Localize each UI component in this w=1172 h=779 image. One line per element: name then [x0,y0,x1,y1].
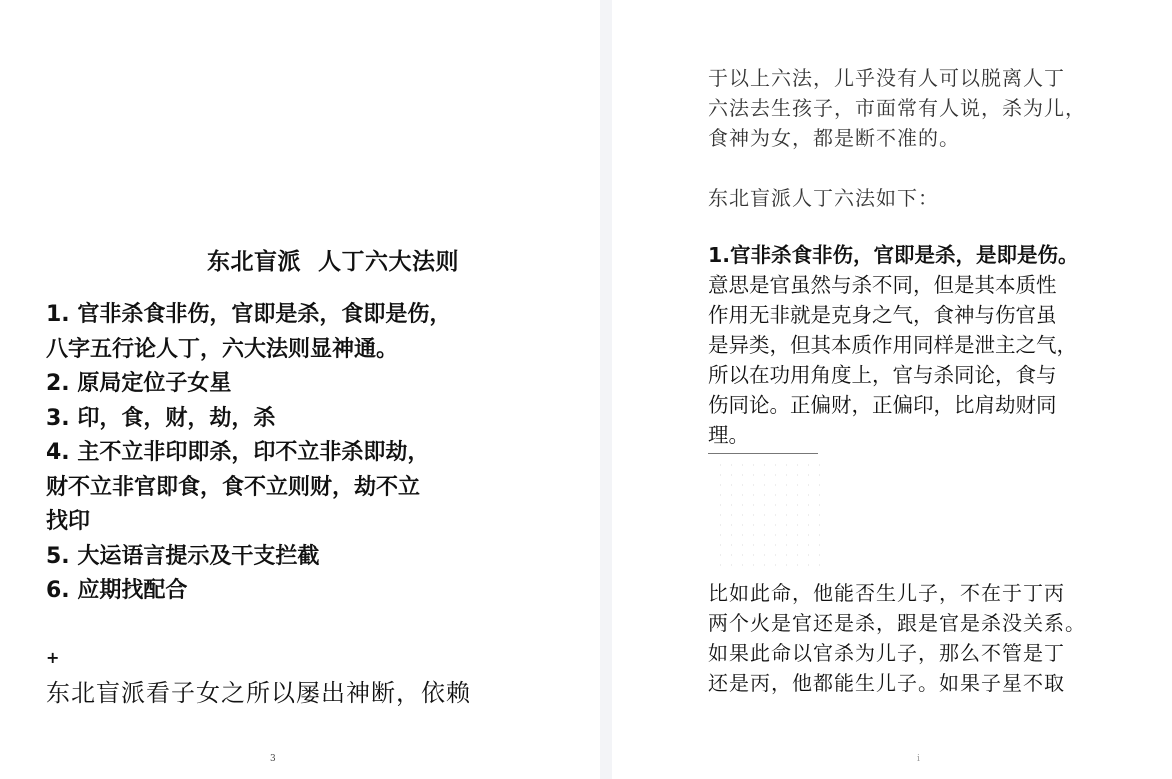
text-line: 作用无非就是克身之气，食神与伤官虽 [708,300,1079,330]
rule-line: 找印 [46,505,451,540]
example-paragraph: 比如此命，他能否生儿子，不在于丁丙 两个火是官还是杀，跟是官是杀没关系。 如果此… [708,578,1086,698]
page-title: 东北盲派 人丁六大法则 [207,243,459,276]
text-line: 于以上六法，儿乎没有人可以脱离人丁 [708,63,1086,93]
page-number: i [917,754,920,764]
divider-rule [708,453,818,454]
text-line: 理。 [708,420,1079,450]
rule-line: 八字五行论人丁，六大法则显神通。 [46,333,451,368]
left-page: 东北盲派 人丁六大法则 1. 官非杀食非伤，官即是杀，食即是伤， 八字五行论人丁… [0,0,600,779]
page-gutter [600,0,612,779]
rule1-title: 1.官非杀食非伤，官即是杀，是即是伤。 [708,240,1079,270]
plus-mark: + [46,648,59,667]
rule-line: 1. 官非杀食非伤，官即是杀，食即是伤， [46,298,451,333]
section-heading: 东北盲派人丁六法如下： [708,183,939,213]
rule-line: 2. 原局定位子女星 [46,367,451,402]
text-line: 伤同论。正偏财，正偏印，比肩劫财同 [708,390,1079,420]
rule-line: 5. 大运语言提示及干支拦截 [46,540,451,575]
text-line: 如果此命以官杀为儿子，那么不管是丁 [708,638,1086,668]
text-line: 还是丙，他都能生儿子。如果子星不取 [708,668,1086,698]
rules-list: 1. 官非杀食非伤，官即是杀，食即是伤， 八字五行论人丁，六大法则显神通。 2.… [46,298,451,609]
text-line: 所以在功用角度上，官与杀同论，食与 [708,360,1079,390]
intro-paragraph: 于以上六法，儿乎没有人可以脱离人丁 六法去生孩子，市面常有人说，杀为儿， 食神为… [708,63,1086,153]
rule-line: 财不立非官即食，食不立则财，劫不立 [46,471,451,506]
text-line: 比如此命，他能否生儿子，不在于丁丙 [708,578,1086,608]
text-line: 意思是官虽然与杀不同，但是其本质性 [708,270,1079,300]
text-line: 两个火是官还是杀，跟是官是杀没关系。 [708,608,1086,638]
text-line: 六法去生孩子，市面常有人说，杀为儿， [708,93,1086,123]
text-line: 食神为女，都是断不准的。 [708,123,1086,153]
rule-line: 3. 印，食，财，劫，杀 [46,402,451,437]
rule1-paragraph: 1.官非杀食非伤，官即是杀，是即是伤。 意思是官虽然与杀不同，但是其本质性 作用… [708,240,1079,450]
rule-line: 4. 主不立非印即杀，印不立非杀即劫， [46,436,451,471]
text-line: 是异类，但其本质作用同样是泄主之气， [708,330,1079,360]
faded-chart-image [715,460,820,570]
body-paragraph: 东北盲派看子女之所以屡出神断，依赖 [46,676,471,710]
rule-line: 6. 应期找配合 [46,574,451,609]
page-number: 3 [270,754,276,764]
